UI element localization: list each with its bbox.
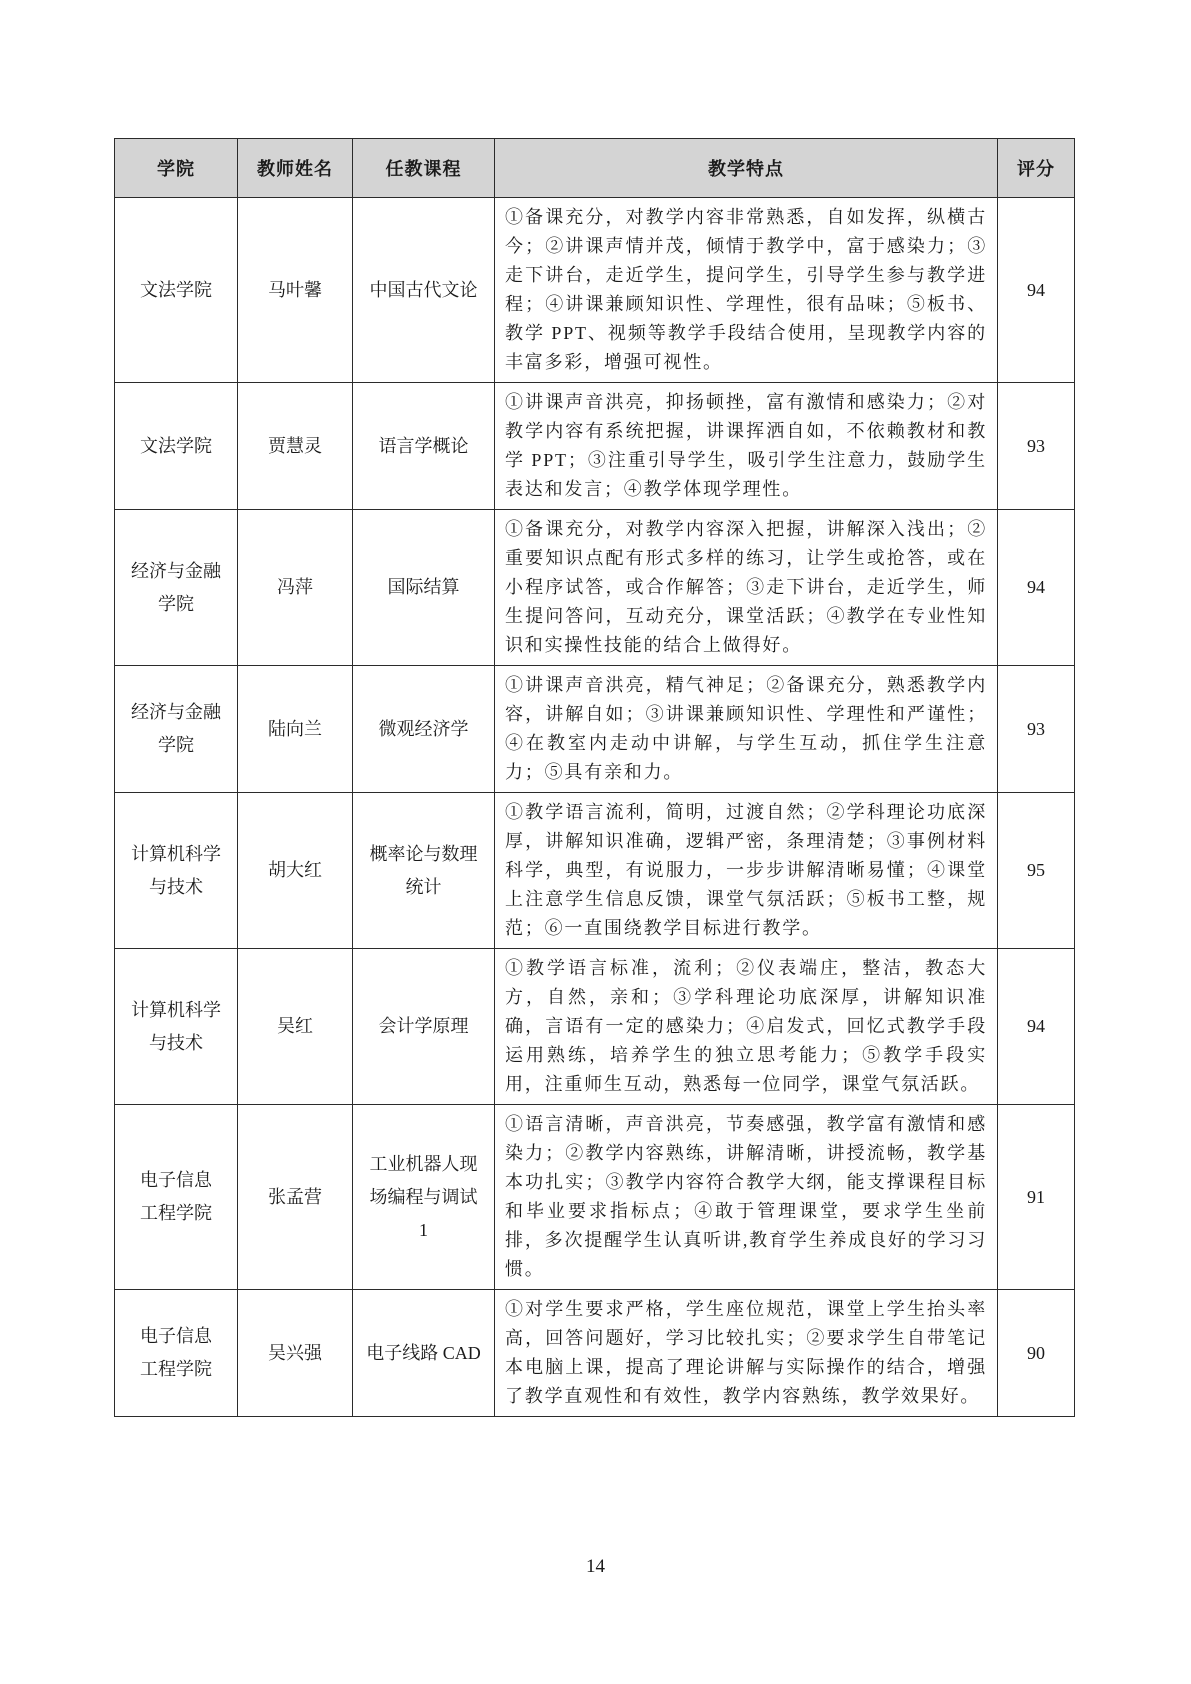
teacher-cell: 胡大红 [238, 793, 353, 949]
college-cell: 经济与金融 学院 [115, 510, 238, 666]
document-page: 学院 教师姓名 任教课程 教学特点 评分 文法学院 马叶馨 中国古代文论 ①备课… [0, 0, 1191, 1684]
teacher-cell: 冯萍 [238, 510, 353, 666]
table-row: 计算机科学 与技术 胡大红 概率论与数理 统计 ①教学语言流利，简明，过渡自然；… [115, 793, 1075, 949]
teacher-cell: 吴兴强 [238, 1290, 353, 1417]
header-score: 评分 [998, 139, 1075, 198]
course-cell: 电子线路 CAD [353, 1290, 495, 1417]
course-cell: 国际结算 [353, 510, 495, 666]
header-features: 教学特点 [495, 139, 998, 198]
college-cell: 计算机科学 与技术 [115, 949, 238, 1105]
features-cell: ①教学语言流利，简明，过渡自然；②学科理论功底深厚，讲解知识准确，逻辑严密，条理… [495, 793, 998, 949]
teacher-cell: 陆向兰 [238, 666, 353, 793]
features-cell: ①语言清晰，声音洪亮，节奏感强，教学富有激情和感染力；②教学内容熟练，讲解清晰，… [495, 1105, 998, 1290]
table-header-row: 学院 教师姓名 任教课程 教学特点 评分 [115, 139, 1075, 198]
score-cell: 95 [998, 793, 1075, 949]
teacher-cell: 吴红 [238, 949, 353, 1105]
features-cell: ①备课充分，对教学内容深入把握，讲解深入浅出；②重要知识点配有形式多样的练习，让… [495, 510, 998, 666]
score-cell: 93 [998, 383, 1075, 510]
college-cell: 文法学院 [115, 383, 238, 510]
college-cell: 电子信息 工程学院 [115, 1105, 238, 1290]
teacher-cell: 贾慧灵 [238, 383, 353, 510]
table-row: 文法学院 马叶馨 中国古代文论 ①备课充分，对教学内容非常熟悉，自如发挥，纵横古… [115, 198, 1075, 383]
college-cell: 文法学院 [115, 198, 238, 383]
teacher-cell: 马叶馨 [238, 198, 353, 383]
header-college: 学院 [115, 139, 238, 198]
table-row: 电子信息 工程学院 张孟营 工业机器人现 场编程与调试 1 ①语言清晰，声音洪亮… [115, 1105, 1075, 1290]
college-cell: 经济与金融 学院 [115, 666, 238, 793]
features-cell: ①备课充分，对教学内容非常熟悉，自如发挥，纵横古今；②讲课声情并茂，倾情于教学中… [495, 198, 998, 383]
course-cell: 语言学概论 [353, 383, 495, 510]
features-cell: ①对学生要求严格，学生座位规范，课堂上学生抬头率高，回答问题好，学习比较扎实；②… [495, 1290, 998, 1417]
score-cell: 94 [998, 510, 1075, 666]
page-number: 14 [0, 1556, 1191, 1578]
features-cell: ①讲课声音洪亮，抑扬顿挫，富有激情和感染力；②对教学内容有系统把握，讲课挥洒自如… [495, 383, 998, 510]
table-row: 经济与金融 学院 冯萍 国际结算 ①备课充分，对教学内容深入把握，讲解深入浅出；… [115, 510, 1075, 666]
college-cell: 电子信息 工程学院 [115, 1290, 238, 1417]
header-course: 任教课程 [353, 139, 495, 198]
features-cell: ①教学语言标准，流利；②仪表端庄，整洁，教态大方，自然，亲和；③学科理论功底深厚… [495, 949, 998, 1105]
teacher-cell: 张孟营 [238, 1105, 353, 1290]
course-cell: 微观经济学 [353, 666, 495, 793]
score-cell: 94 [998, 949, 1075, 1105]
header-teacher: 教师姓名 [238, 139, 353, 198]
college-cell: 计算机科学 与技术 [115, 793, 238, 949]
score-cell: 93 [998, 666, 1075, 793]
course-cell: 概率论与数理 统计 [353, 793, 495, 949]
course-cell: 会计学原理 [353, 949, 495, 1105]
score-cell: 90 [998, 1290, 1075, 1417]
table-row: 文法学院 贾慧灵 语言学概论 ①讲课声音洪亮，抑扬顿挫，富有激情和感染力；②对教… [115, 383, 1075, 510]
features-cell: ①讲课声音洪亮，精气神足；②备课充分，熟悉教学内容，讲解自如；③讲课兼顾知识性、… [495, 666, 998, 793]
teacher-evaluation-table: 学院 教师姓名 任教课程 教学特点 评分 文法学院 马叶馨 中国古代文论 ①备课… [114, 138, 1075, 1417]
score-cell: 91 [998, 1105, 1075, 1290]
table-row: 计算机科学 与技术 吴红 会计学原理 ①教学语言标准，流利；②仪表端庄，整洁，教… [115, 949, 1075, 1105]
table-row: 经济与金融 学院 陆向兰 微观经济学 ①讲课声音洪亮，精气神足；②备课充分，熟悉… [115, 666, 1075, 793]
score-cell: 94 [998, 198, 1075, 383]
course-cell: 工业机器人现 场编程与调试 1 [353, 1105, 495, 1290]
course-cell: 中国古代文论 [353, 198, 495, 383]
table-row: 电子信息 工程学院 吴兴强 电子线路 CAD ①对学生要求严格，学生座位规范，课… [115, 1290, 1075, 1417]
